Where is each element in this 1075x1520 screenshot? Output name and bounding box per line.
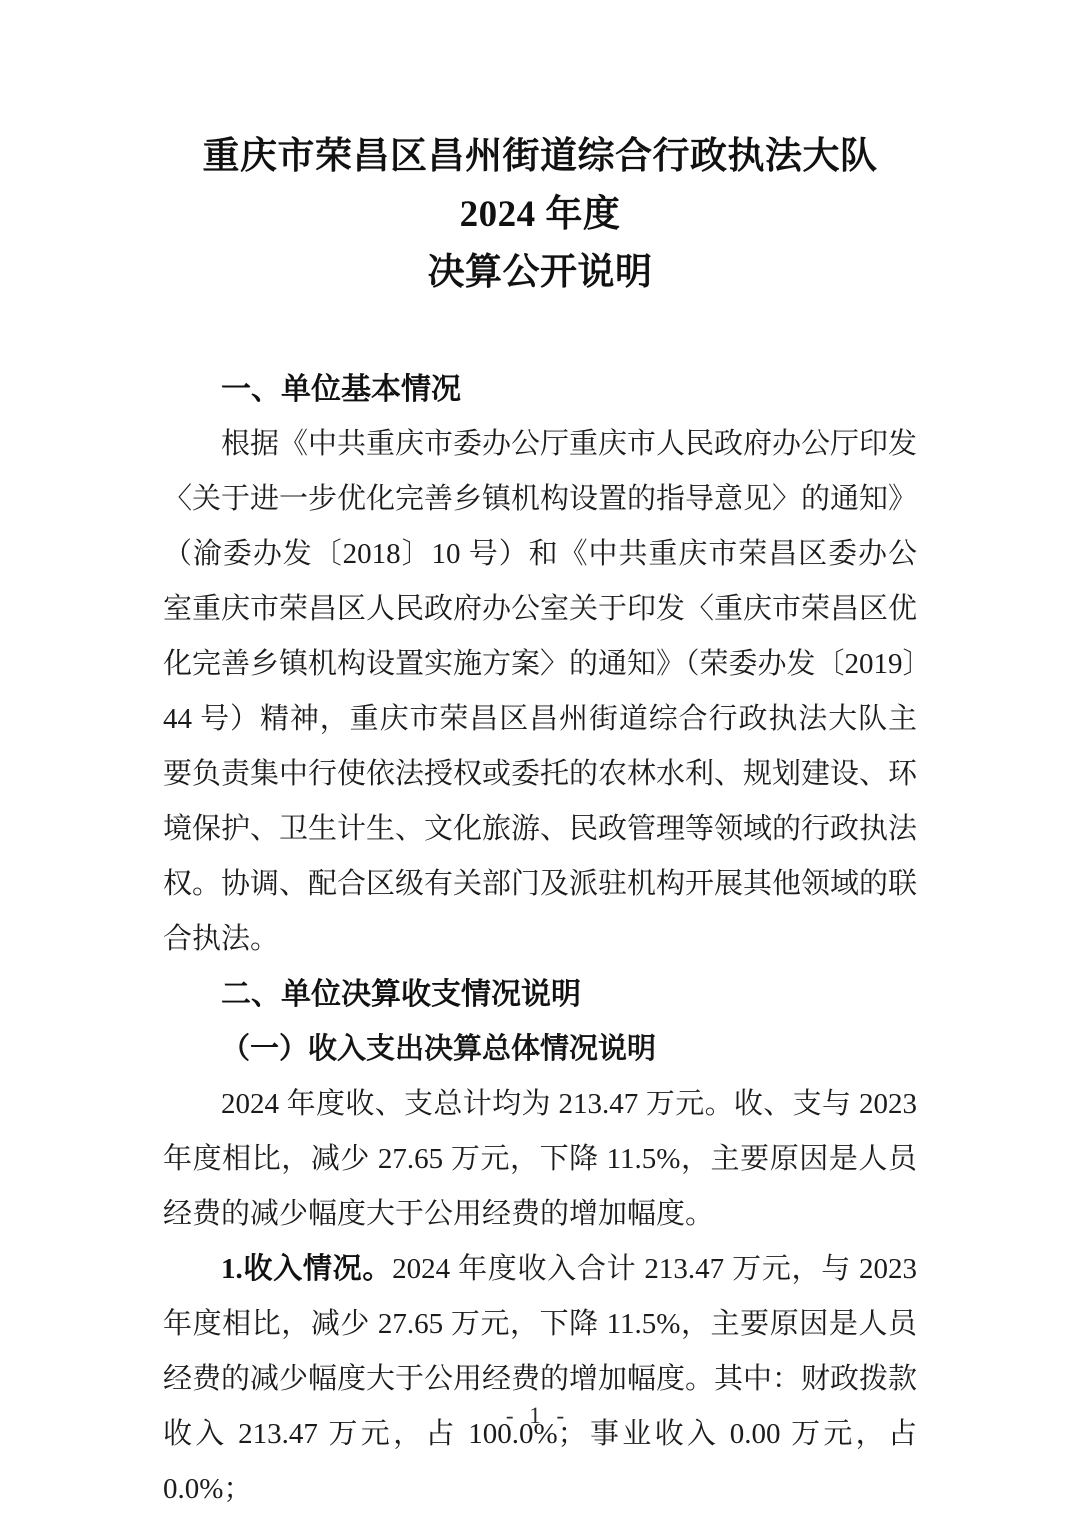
document-page: 重庆市荣昌区昌州街道综合行政执法大队 2024 年度 决算公开说明 一、单位基本… (0, 0, 1075, 1520)
page-number: - 1 - (0, 1403, 1075, 1429)
document-title-line-1: 重庆市荣昌区昌州街道综合行政执法大队 2024 年度 (163, 128, 917, 244)
paragraph-income: 1.收入情况。2024 年度收入合计 213.47 万元，与 2023 年度相比… (163, 1242, 917, 1517)
section-heading-basic-info: 一、单位基本情况 (163, 362, 917, 417)
income-body-text: 2024 年度收入合计 213.47 万元，与 2023 年度相比，减少 27.… (163, 1253, 917, 1505)
document-content: 重庆市荣昌区昌州街道综合行政执法大队 2024 年度 决算公开说明 一、单位基本… (163, 128, 917, 1517)
document-title-line-2: 决算公开说明 (163, 244, 917, 302)
paragraph-budget-overview: 2024 年度收、支总计均为 213.47 万元。收、支与 2023 年度相比，… (163, 1077, 917, 1242)
subsection-heading-overview: （一）收入支出决算总体情况说明 (163, 1022, 917, 1077)
paragraph-basic-info: 根据《中共重庆市委办公厅重庆市人民政府办公厅印发〈关于进一步优化完善乡镇机构设置… (163, 417, 917, 967)
section-heading-budget: 二、单位决算收支情况说明 (163, 967, 917, 1022)
document-title: 重庆市荣昌区昌州街道综合行政执法大队 2024 年度 决算公开说明 (163, 128, 917, 302)
income-lead-label: 1.收入情况。 (221, 1253, 392, 1285)
